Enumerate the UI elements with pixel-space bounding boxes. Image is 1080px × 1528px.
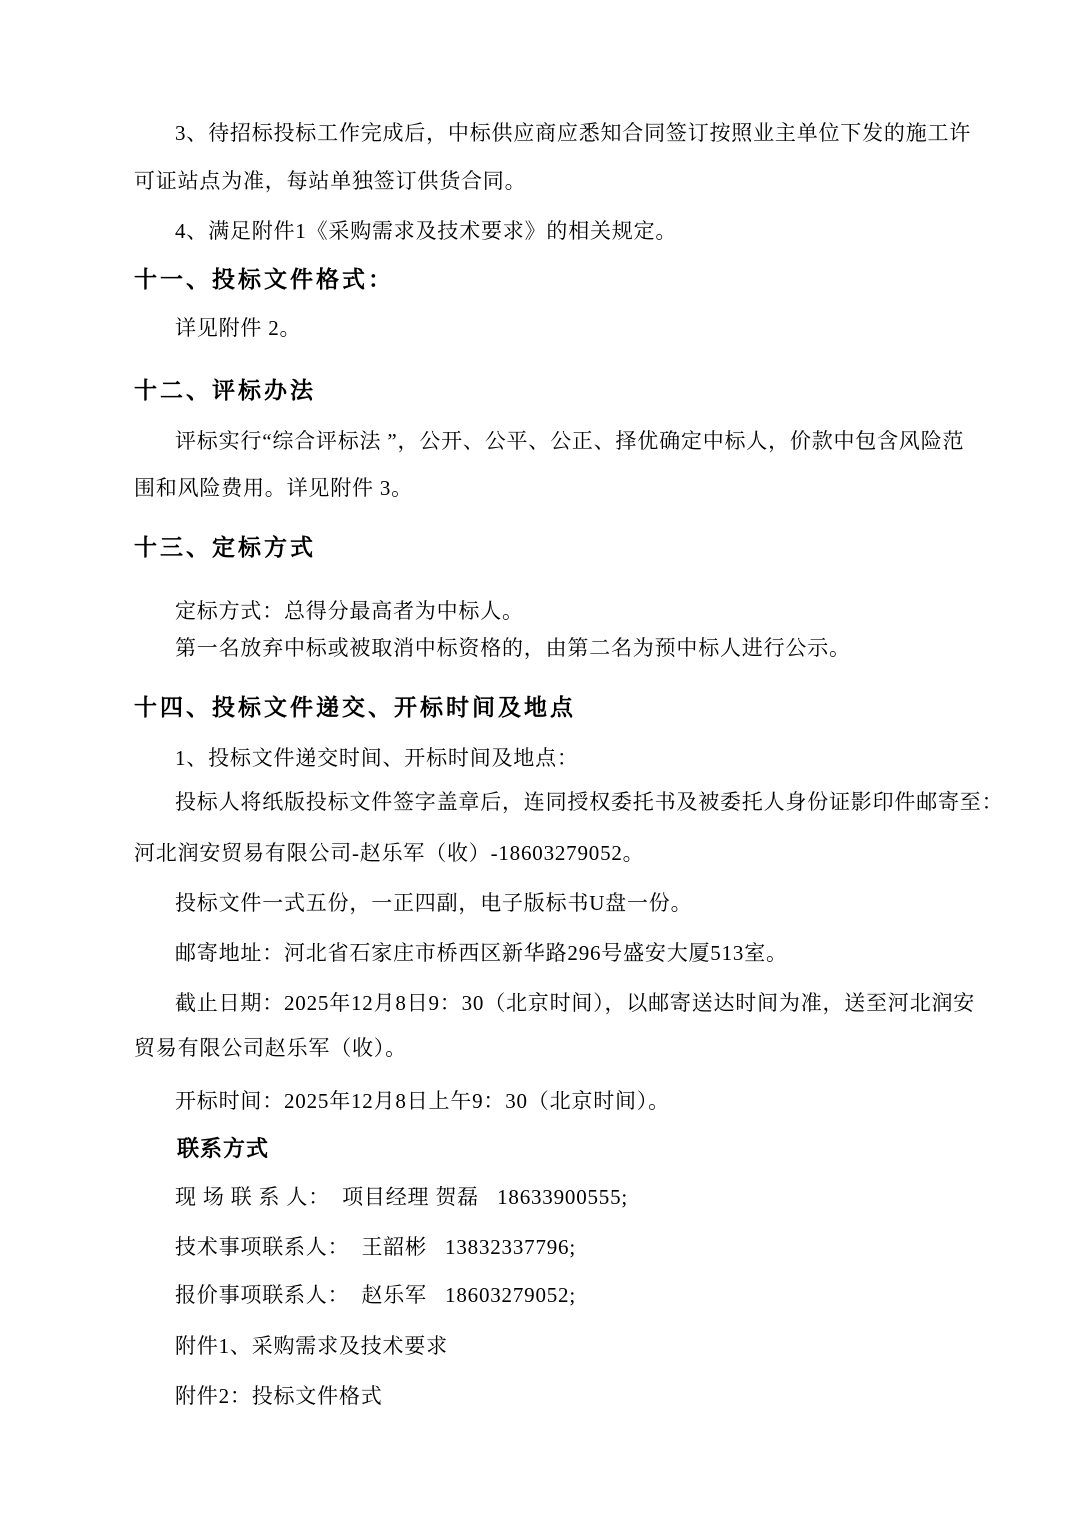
clause-3-line-2: 可证站点为准，每站单独签订供货合同。 xyxy=(134,168,526,195)
deadline-line-2: 贸易有限公司赵乐军（收）。 xyxy=(134,1035,407,1062)
section-12-line-2: 围和风险费用。详见附件 3。 xyxy=(134,475,413,502)
deadline-line-1: 截止日期：2025年12月8日9：30（北京时间），以邮寄送达时间为准，送至河北… xyxy=(175,990,975,1017)
section-14-item-1: 1、投标文件递交时间、开标时间及地点： xyxy=(175,745,579,772)
contact-heading: 联系方式 xyxy=(177,1135,269,1162)
mailing-address: 邮寄地址：河北省石家庄市桥西区新华路296号盛安大厦513室。 xyxy=(175,940,788,967)
contact-quote-person: 报价事项联系人： 赵乐军 18603279052; xyxy=(175,1282,576,1309)
bid-opening-time: 开标时间：2025年12月8日上午9：30（北京时间）。 xyxy=(175,1088,670,1115)
mailing-instruction-line-2: 河北润安贸易有限公司-赵乐军（收）-18603279052。 xyxy=(134,840,645,867)
clause-4: 4、满足附件1《采购需求及技术要求》的相关规定。 xyxy=(175,218,677,245)
section-12-heading: 十二、评标办法 xyxy=(134,377,316,404)
copies-requirement: 投标文件一式五份，一正四副，电子版标书U盘一份。 xyxy=(175,890,692,917)
section-13-line-1: 定标方式：总得分最高者为中标人。 xyxy=(175,598,524,625)
section-12-line-1: 评标实行“综合评标法 ”，公开、公平、公正、择优确定中标人，价款中包含风险范 xyxy=(175,428,964,455)
contact-site-person: 现 场 联 系 人： 项目经理 贺磊 18633900555; xyxy=(175,1184,628,1211)
attachment-2: 附件2：投标文件格式 xyxy=(175,1383,383,1410)
section-13-heading: 十三、定标方式 xyxy=(134,534,316,561)
document-page: 3、待招标投标工作完成后，中标供应商应悉知合同签订按照业主单位下发的施工许 可证… xyxy=(0,0,1080,1528)
mailing-instruction-line-1: 投标人将纸版投标文件签字盖章后，连同授权委托书及被委托人身份证影印件邮寄至： xyxy=(175,789,1003,816)
section-11-heading: 十一、投标文件格式： xyxy=(134,266,394,293)
section-11-body: 详见附件 2。 xyxy=(175,315,301,342)
contact-tech-person: 技术事项联系人： 王韶彬 13832337796; xyxy=(175,1234,576,1261)
section-14-heading: 十四、投标文件递交、开标时间及地点 xyxy=(134,694,576,721)
attachment-1: 附件1、采购需求及技术要求 xyxy=(175,1333,448,1360)
section-13-line-2: 第一名放弃中标或被取消中标资格的，由第二名为预中标人进行公示。 xyxy=(175,635,851,662)
clause-3-line-1: 3、待招标投标工作完成后，中标供应商应悉知合同签订按照业主单位下发的施工许 xyxy=(175,120,971,147)
